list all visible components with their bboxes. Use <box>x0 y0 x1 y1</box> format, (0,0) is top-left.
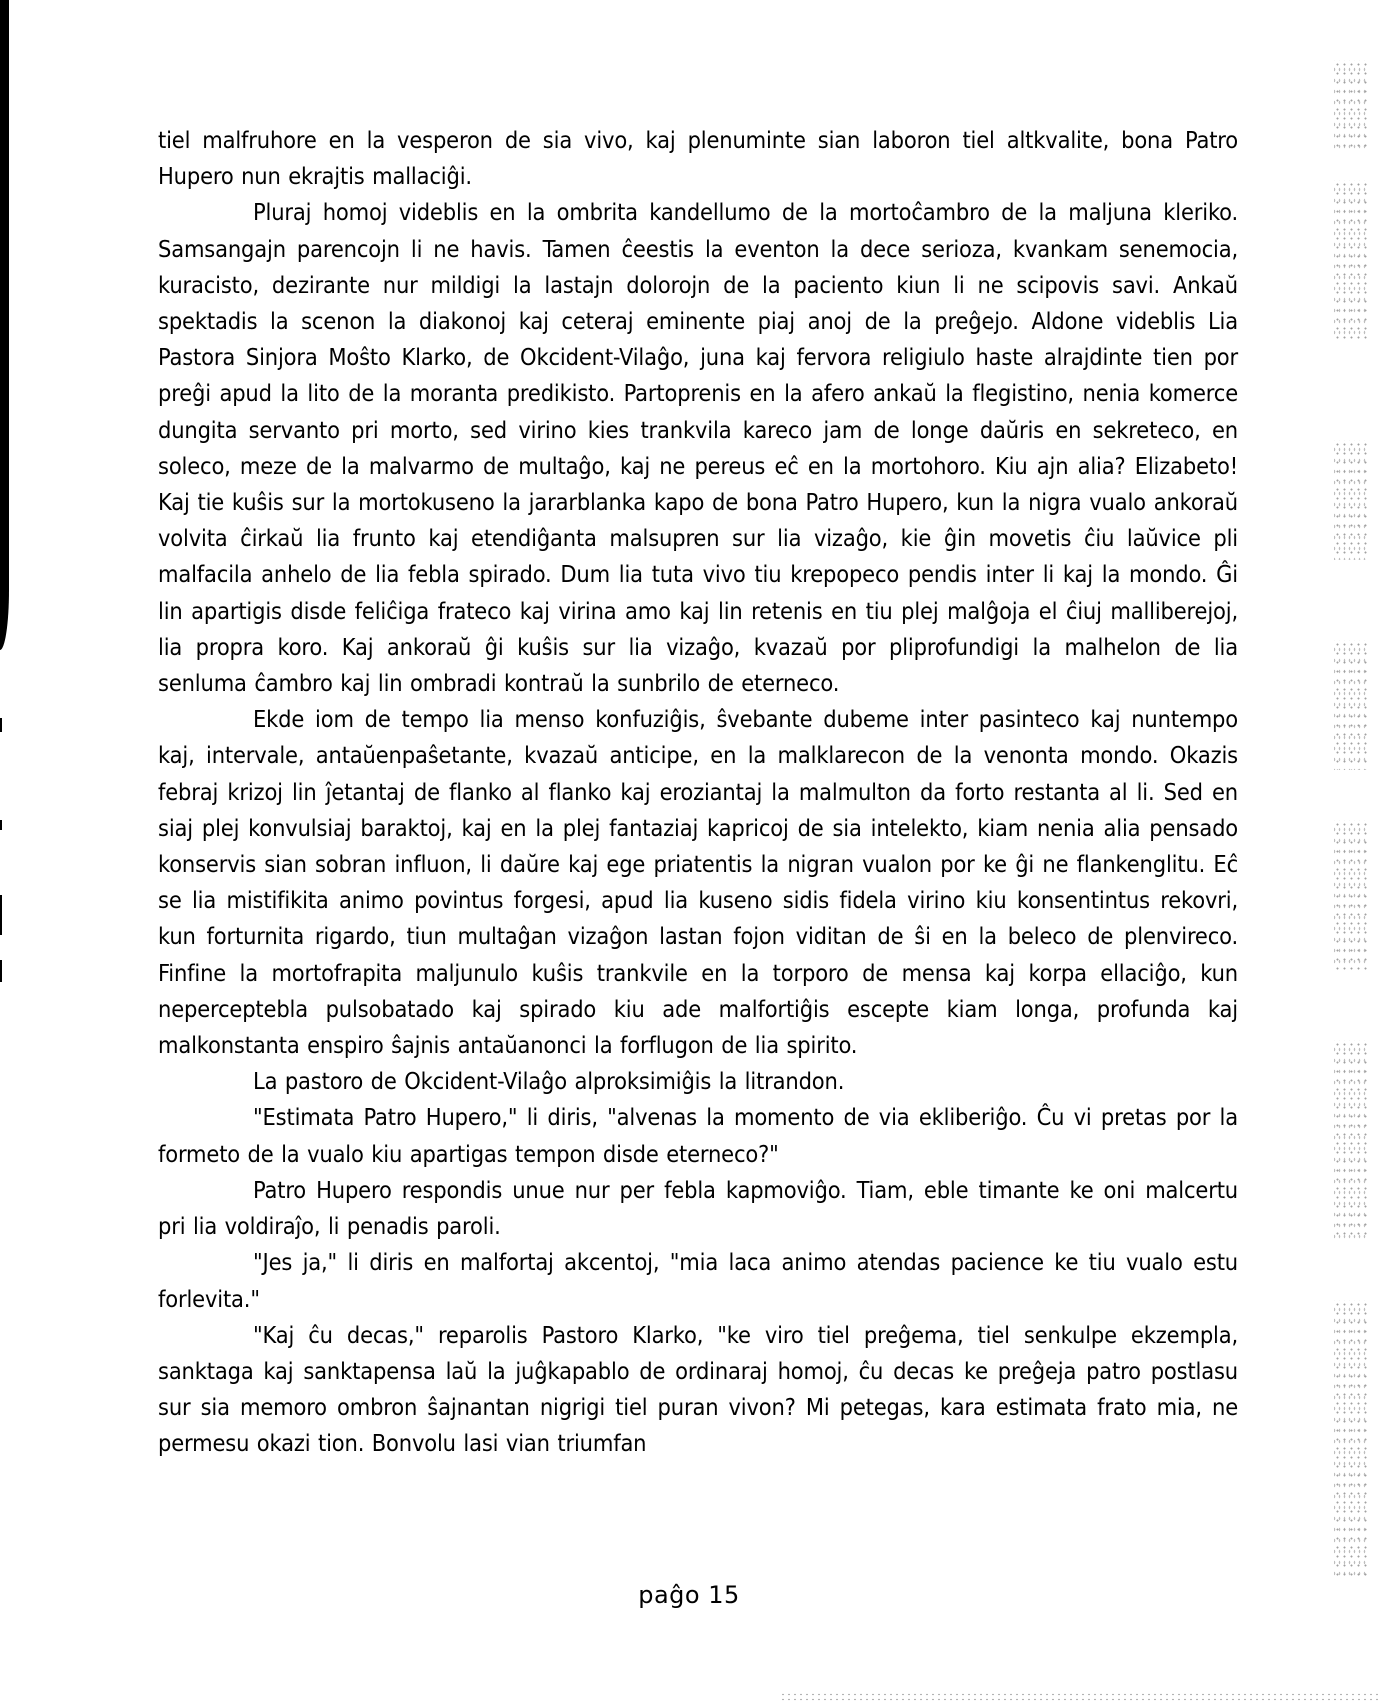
page-body: tiel malfruhore en la vesperon de sia vi… <box>158 122 1238 1462</box>
scan-edge-mark <box>0 718 2 732</box>
scan-edge-shadow <box>0 0 9 650</box>
margin-noise <box>1334 180 1368 340</box>
paragraph-dialogue: "Jes ja," li diris en malfortaj akcentoj… <box>158 1244 1238 1316</box>
scan-edge-mark <box>0 895 2 935</box>
paragraph-dialogue: "Estimata Patro Hupero," li diris, "alve… <box>158 1099 1238 1171</box>
scan-edge-mark <box>0 820 2 830</box>
page-number: paĝo 15 <box>0 1581 1378 1609</box>
scan-edge-mark <box>0 960 2 982</box>
paragraph-continuation: tiel malfruhore en la vesperon de sia vi… <box>158 122 1238 194</box>
margin-noise <box>1334 1300 1368 1580</box>
bottom-noise <box>780 1692 1378 1702</box>
paragraph: Patro Hupero respondis unue nur per febl… <box>158 1172 1238 1244</box>
margin-noise <box>1334 640 1368 770</box>
paragraph: La pastoro de Okcident-Vilaĝo alproksimi… <box>158 1063 1238 1099</box>
paragraph: Ekde iom de tempo lia menso konfuziĝis, … <box>158 701 1238 1063</box>
margin-noise <box>1334 820 1368 970</box>
margin-noise <box>1334 1040 1368 1240</box>
paragraph: Pluraj homoj videblis en la ombrita kand… <box>158 194 1238 701</box>
margin-noise <box>1334 60 1368 150</box>
margin-noise <box>1334 440 1368 560</box>
paragraph-dialogue: "Kaj ĉu decas," reparolis Pastoro Klarko… <box>158 1317 1238 1462</box>
